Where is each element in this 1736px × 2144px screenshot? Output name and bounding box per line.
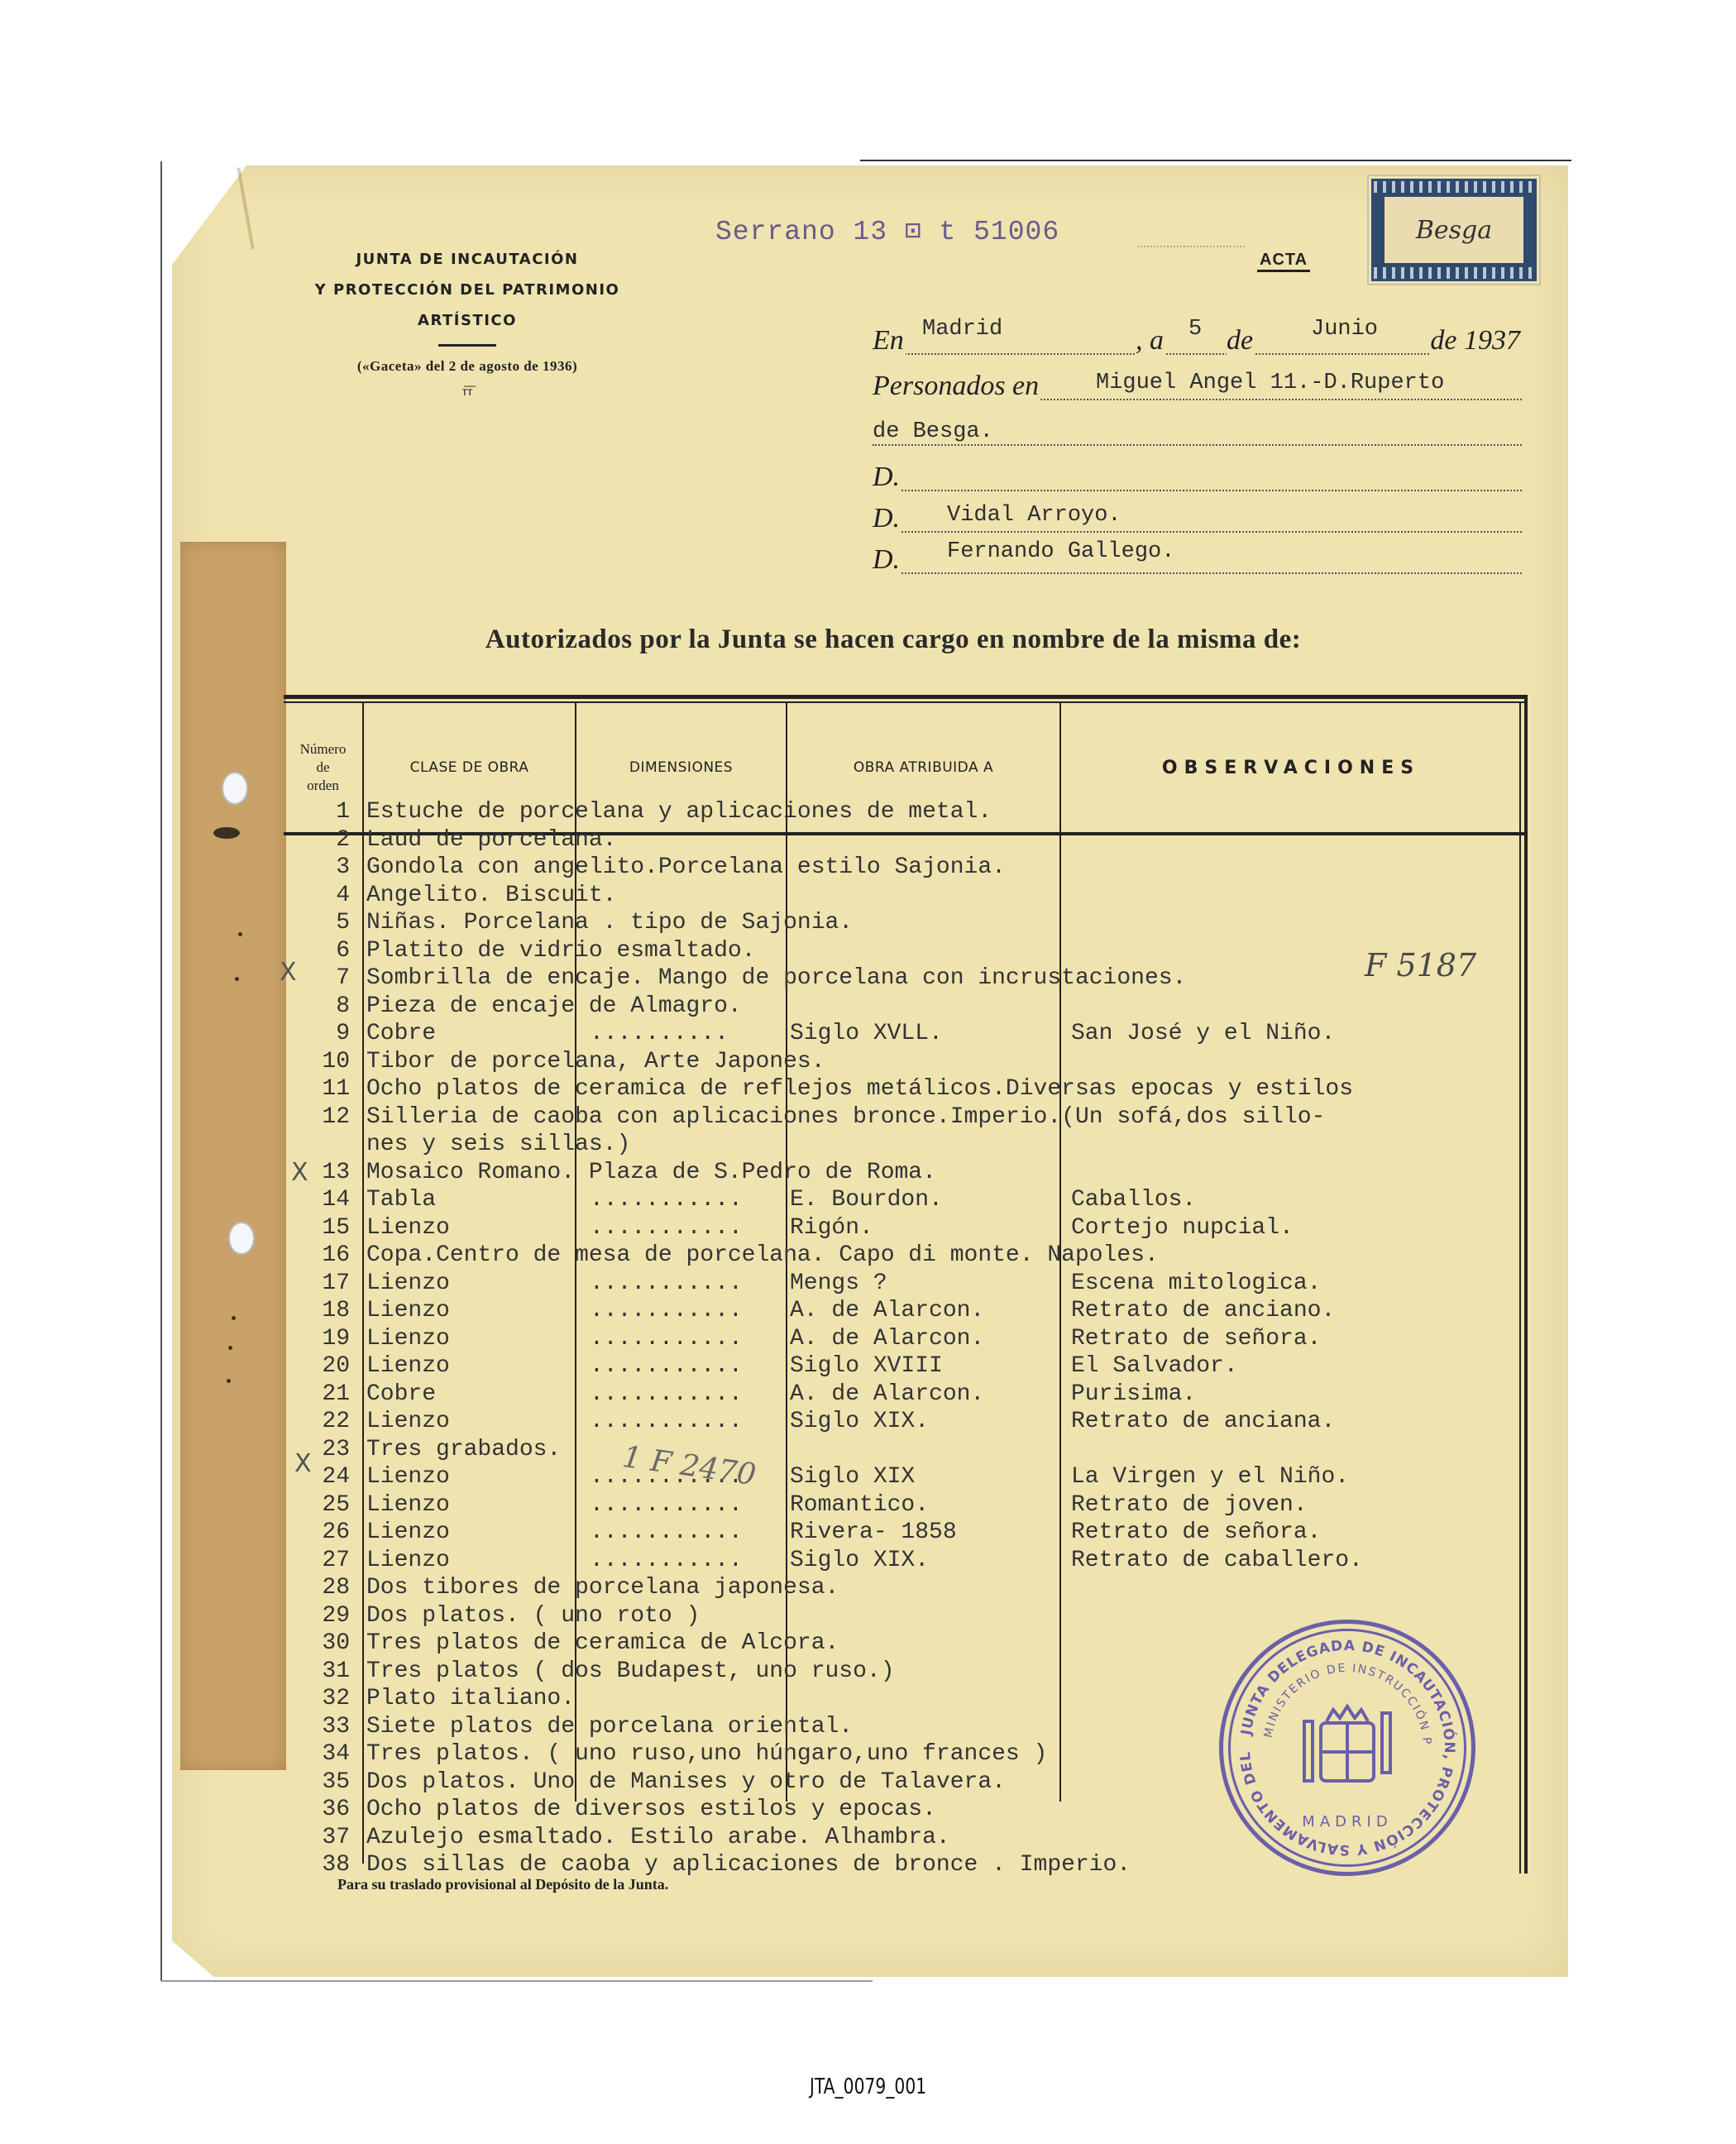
row-number: 8: [284, 993, 350, 1020]
cell-obra-atribuida: Siglo XVIII: [790, 1352, 943, 1380]
cell-obra-atribuida: Rivera- 1858: [790, 1519, 957, 1546]
ink-blot: [213, 827, 240, 839]
row-number: 32: [284, 1685, 350, 1712]
cell-obra-atribuida: Mengs ?: [790, 1270, 887, 1297]
cell-observaciones: Cortejo nupcial.: [1071, 1214, 1294, 1242]
form-row-d1: D.: [873, 455, 1522, 496]
row-number: 12: [284, 1103, 350, 1131]
d-label: D.: [873, 462, 901, 493]
header-numero-line-2: de: [300, 759, 347, 777]
cell-clase-de-obra: Mosaico Romano. Plaza de S.Pedro de Roma…: [366, 1159, 936, 1186]
speck: [238, 932, 242, 936]
cell-dimensiones: ...........: [590, 1270, 743, 1297]
acta-label: ACTA: [1257, 251, 1310, 272]
cell-obra-atribuida: Romantico.: [790, 1491, 929, 1519]
speck: [228, 1346, 232, 1350]
cell-dimensiones: ...........: [590, 1491, 743, 1519]
cell-dimensiones: ...........: [590, 1547, 743, 1574]
file-label-text: Besga: [1384, 197, 1523, 263]
cell-clase-de-obra: Gondola con angelito.Porcelana estilo Sa…: [366, 854, 1006, 881]
cell-clase-de-obra: Lienzo: [366, 1491, 450, 1519]
cell-clase-de-obra: Lienzo: [366, 1352, 450, 1380]
cell-clase-de-obra: Azulejo esmaltado. Estilo arabe. Alhambr…: [366, 1824, 950, 1851]
row-number: 30: [284, 1630, 350, 1657]
speck: [235, 977, 239, 981]
punch-hole-icon: [228, 1222, 255, 1255]
cell-obra-atribuida: Siglo XIX.: [790, 1408, 929, 1435]
form-row-personados-cont: de Besga.: [873, 409, 1522, 451]
cell-clase-de-obra: Tres platos ( dos Budapest, uno ruso.): [366, 1658, 895, 1685]
cell-dimensiones: ...........: [590, 1519, 743, 1546]
cell-clase-de-obra: Dos platos. Uno de Manises y otro de Tal…: [366, 1768, 1006, 1796]
row-number: 38: [284, 1851, 350, 1878]
table-right-border: [1524, 695, 1528, 1874]
month-label: de: [1227, 325, 1255, 357]
cell-clase-de-obra: Plato italiano.: [366, 1685, 575, 1712]
row-number: 20: [284, 1352, 350, 1380]
place-value: Madrid: [922, 317, 1002, 342]
row-number: 22: [284, 1408, 350, 1435]
cell-clase-de-obra: Copa.Centro de mesa de porcelana. Capo d…: [366, 1242, 1159, 1269]
cell-clase-de-obra: Lienzo: [366, 1547, 450, 1574]
header-numero-line-1: Número: [300, 740, 347, 759]
cell-clase-de-obra: Estuche de porcelana y aplicaciones de m…: [366, 798, 992, 826]
header-observaciones: OBSERVACIONES: [1061, 703, 1521, 832]
handwritten-ref-row-7: F 5187: [1365, 947, 1476, 983]
seal-emblem-icon: JUNTA DELEGADA DE INCAUTACIÓN, PROTECCIÓ…: [1223, 1624, 1471, 1872]
dotted-line: [873, 444, 1522, 446]
cell-clase-de-obra: Tres grabados.: [366, 1436, 561, 1463]
row-number: 3: [284, 854, 350, 881]
cell-clase-de-obra: Silleria de caoba con aplicaciones bronc…: [366, 1103, 1325, 1131]
row-number: 27: [284, 1547, 350, 1574]
cell-dimensiones: ...........: [590, 1214, 743, 1242]
row-number: 1: [284, 798, 350, 826]
row-number: 37: [284, 1824, 350, 1851]
row-number: 9: [284, 1020, 350, 1047]
scan-frame-left: [160, 161, 162, 1981]
file-label: Besga: [1371, 179, 1537, 281]
row-number: 34: [284, 1740, 350, 1768]
punch-hole-icon: [222, 772, 248, 805]
d-label: D.: [873, 503, 901, 534]
cell-obra-atribuida: Siglo XVLL.: [790, 1020, 943, 1047]
row-number: 4: [284, 882, 350, 909]
place-label: En: [873, 325, 906, 357]
cell-clase-de-obra: Dos tibores de porcelana japonesa.: [366, 1574, 839, 1601]
personados-continuation: de Besga.: [873, 419, 993, 444]
svg-text:MADRID: MADRID: [1302, 1813, 1392, 1831]
cell-clase-de-obra: Platito de vidrio esmaltado.: [366, 937, 755, 964]
cell-observaciones: Retrato de joven.: [1071, 1491, 1308, 1519]
organization-header: JUNTA DE INCAUTACIÓN Y PROTECCIÓN DEL PA…: [265, 244, 670, 398]
row-number: 10: [284, 1048, 350, 1075]
day-value: 5: [1188, 317, 1202, 342]
cell-clase-de-obra: Niñas. Porcelana . tipo de Sajonia.: [366, 909, 853, 936]
cell-obra-atribuida: E. Bourdon.: [790, 1186, 943, 1213]
personados-label: Personados en: [873, 371, 1040, 402]
d-label: D.: [873, 544, 901, 576]
form-row-place-date: En Madrid , a 5 de Junio de 1937: [873, 318, 1522, 360]
day-label: , a: [1136, 325, 1165, 357]
cell-clase-de-obra: Siete platos de porcelana oriental.: [366, 1713, 853, 1740]
binding-strip: [180, 542, 286, 1770]
cell-observaciones: Retrato de señora.: [1071, 1325, 1321, 1352]
cell-clase-de-obra: Tibor de porcelana, Arte Japones.: [366, 1048, 825, 1075]
cell-observaciones: Caballos.: [1071, 1186, 1196, 1213]
footnote: Para su traslado provisional al Depósito…: [337, 1876, 668, 1893]
cell-clase-de-obra: Laud de porcelana.: [366, 826, 616, 854]
cell-observaciones: Escena mitologica.: [1071, 1270, 1321, 1297]
form-row-personados: Personados en Miguel Angel 11.-D.Ruperto: [873, 364, 1522, 405]
image-caption: JTA_0079_001: [191, 2075, 1545, 2099]
dotted-line: [873, 531, 1522, 533]
dotted-line: [873, 353, 1522, 355]
cell-clase-de-obra: Dos sillas de caoba y aplicaciones de br…: [366, 1851, 1131, 1878]
cell-clase-de-obra: Lienzo: [366, 1463, 450, 1491]
row-number: 16: [284, 1242, 350, 1269]
official-seal: JUNTA DELEGADA DE INCAUTACIÓN, PROTECCIÓ…: [1219, 1620, 1475, 1876]
cell-obra-atribuida: Siglo XIX.: [790, 1547, 929, 1574]
cell-obra-atribuida: A. de Alarcon.: [790, 1325, 984, 1352]
cell-observaciones: Retrato de anciana.: [1071, 1408, 1335, 1435]
org-divider: [438, 344, 496, 347]
speck: [232, 1316, 236, 1320]
row-number: 26: [284, 1519, 350, 1546]
cell-clase-de-obra: Lienzo: [366, 1297, 450, 1324]
address-stamp: Serrano 13 ⊡ t 51006: [715, 213, 1059, 247]
cell-clase-de-obra: Cobre: [366, 1020, 436, 1047]
column-divider: [362, 701, 364, 1864]
row-number: 31: [284, 1658, 350, 1685]
section-heading: Autorizados por la Junta se hacen cargo …: [273, 625, 1514, 655]
faint-dotted-line: [1137, 246, 1245, 251]
row-number: 33: [284, 1713, 350, 1740]
gaceta-reference: («Gaceta» del 2 de agosto de 1936): [265, 358, 670, 375]
cell-clase-de-obra: Ocho platos de ceramica de reflejos metá…: [366, 1075, 1353, 1103]
cell-clase-de-obra: Lienzo: [366, 1214, 450, 1242]
personados-value: Miguel Angel 11.-D.Ruperto: [1096, 371, 1444, 395]
cell-obra-atribuida: Siglo XIX: [790, 1463, 915, 1491]
label-border-pattern: [1374, 181, 1534, 193]
org-line-3: ARTÍSTICO: [265, 305, 670, 336]
row-number: 5: [284, 909, 350, 936]
cell-clase-de-obra: Lienzo: [366, 1519, 450, 1546]
cell-clase-de-obra: Dos platos. ( uno roto ): [366, 1602, 700, 1630]
x-mark-row-7: X: [280, 958, 297, 987]
scan-frame-top: [860, 160, 1571, 161]
row-number: 2: [284, 826, 350, 854]
row-number: 15: [284, 1214, 350, 1242]
cell-clase-de-obra: Angelito. Biscuit.: [366, 882, 616, 909]
cell-clase-de-obra: Lienzo: [366, 1325, 450, 1352]
row-number: 29: [284, 1602, 350, 1630]
cell-observaciones: Retrato de señora.: [1071, 1519, 1321, 1546]
table-top-border: [284, 695, 1528, 699]
x-mark-row-13: X: [291, 1158, 308, 1187]
dotted-line: [873, 572, 1522, 574]
row-number: 25: [284, 1491, 350, 1519]
form-row-d3: D. Fernando Gallego.: [873, 538, 1522, 579]
form-row-d2: D. Vidal Arroyo.: [873, 496, 1522, 538]
cell-clase-de-obra: nes y seis sillas.): [366, 1131, 630, 1158]
cell-dimensiones: ...........: [590, 1297, 743, 1324]
cell-clase-de-obra: Lienzo: [366, 1408, 450, 1435]
label-border-pattern: [1374, 267, 1534, 279]
header-numero-line-3: orden: [300, 777, 347, 795]
cell-observaciones: San José y el Niño.: [1071, 1020, 1335, 1047]
cell-clase-de-obra: Lienzo: [366, 1270, 450, 1297]
dotted-line: [873, 490, 1522, 491]
speck: [227, 1379, 231, 1383]
cell-clase-de-obra: Tres platos. ( uno ruso,uno húngaro,uno …: [366, 1740, 1047, 1768]
row-number: 21: [284, 1381, 350, 1408]
row-number: 19: [284, 1325, 350, 1352]
table-right-border-inner: [1519, 701, 1521, 1874]
row-number: 17: [284, 1270, 350, 1297]
row-number: 28: [284, 1574, 350, 1601]
cell-dimensiones: ...........: [590, 1186, 743, 1213]
cell-dimensiones: ...........: [590, 1408, 743, 1435]
cell-obra-atribuida: A. de Alarcon.: [790, 1297, 984, 1324]
row-number: 18: [284, 1297, 350, 1324]
cell-observaciones: Purisima.: [1071, 1381, 1196, 1408]
cell-obra-atribuida: Rigón.: [790, 1214, 873, 1242]
d2-value: Vidal Arroyo.: [947, 503, 1121, 528]
cell-observaciones: Retrato de anciano.: [1071, 1297, 1335, 1324]
cell-observaciones: El Salvador.: [1071, 1352, 1238, 1380]
row-number: 35: [284, 1768, 350, 1796]
x-mark-row-23: X: [294, 1449, 312, 1478]
row-number: 14: [284, 1186, 350, 1213]
cell-clase-de-obra: Sombrilla de encaje. Mango de porcelana …: [366, 964, 1186, 992]
cell-clase-de-obra: Tabla: [366, 1186, 436, 1213]
row-number: 24: [284, 1463, 350, 1491]
cell-clase-de-obra: Tres platos de ceramica de Alcora.: [366, 1630, 839, 1657]
month-value: Junio: [1311, 317, 1378, 342]
cell-obra-atribuida: A. de Alarcon.: [790, 1381, 984, 1408]
row-number: 36: [284, 1796, 350, 1823]
cell-dimensiones: ...........: [590, 1381, 743, 1408]
cell-dimensiones: ...........: [590, 1325, 743, 1352]
cell-clase-de-obra: Ocho platos de diversos estilos y epocas…: [366, 1796, 936, 1823]
row-number: 23: [284, 1436, 350, 1463]
row-number: 11: [284, 1075, 350, 1103]
cell-dimensiones: ...........: [590, 1352, 743, 1380]
cell-clase-de-obra: Pieza de encaje de Almagro.: [366, 993, 742, 1020]
ornament-icon: ᴛ̅ᴛ̅: [265, 385, 670, 398]
org-line-1: JUNTA DE INCAUTACIÓN: [265, 244, 670, 275]
cell-clase-de-obra: Cobre: [366, 1381, 436, 1408]
year-label: de 1937: [1430, 325, 1522, 357]
cell-observaciones: Retrato de caballero.: [1071, 1547, 1363, 1574]
org-line-2: Y PROTECCIÓN DEL PATRIMONIO: [265, 275, 670, 305]
scan-frame-bottom: [161, 1980, 873, 1982]
d3-value: Fernando Gallego.: [947, 539, 1174, 564]
cell-observaciones: La Virgen y el Niño.: [1071, 1463, 1349, 1491]
cell-dimensiones: ..........: [590, 1020, 729, 1047]
